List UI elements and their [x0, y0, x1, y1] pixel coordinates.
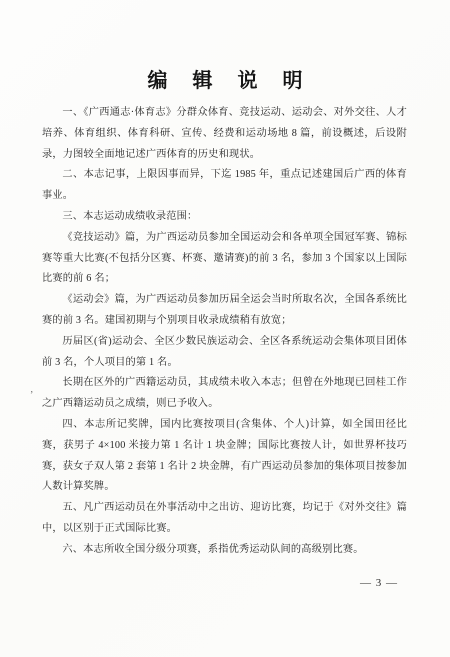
scan-artifact-mark: ’	[30, 390, 33, 401]
scanned-document-page: 编 辑 说 明 一、《广西通志·体育志》分群众体育、竞技运动、运动会、对外交往、…	[0, 0, 450, 657]
paragraph-6: 历届区(省)运动会、全区少数民族运动会、全区各系统运动会集体项目团体前 3 名，…	[42, 332, 407, 374]
paragraph-7: 长期在区外的广西籍运动员，其成绩未收入本志；但曾在外地现已回桂工作之广西籍运动员…	[42, 373, 407, 415]
paragraph-10: 六、本志所收全国分级分项赛，系指优秀运动队间的高级别比赛。	[42, 540, 407, 561]
paragraph-1: 一、《广西通志·体育志》分群众体育、竞技运动、运动会、对外交往、人才培养、体育组…	[42, 103, 407, 165]
document-body: 一、《广西通志·体育志》分群众体育、竞技运动、运动会、对外交往、人才培养、体育组…	[42, 103, 407, 561]
page-title: 编 辑 说 明	[0, 64, 450, 93]
paragraph-8: 四、本志所记奖牌，国内比赛按项目(含集体、个人)计算，如全国田径比赛，获男子 4…	[42, 415, 407, 498]
page-number: — 3 —	[360, 577, 398, 589]
paragraph-3: 三、本志运动成绩收录范围：	[42, 207, 407, 228]
paragraph-2: 二、本志记事，上限因事而异，下迄 1985 年，重点记述建国后广西的体育事业。	[42, 165, 407, 207]
paragraph-4: 《竞技运动》篇，为广西运动员参加全国运动会和各单项全国冠军赛、锦标赛等重大比赛(…	[42, 228, 407, 290]
paragraph-5: 《运动会》篇，为广西运动员参加历届全运会当时所取名次，全国各系统比赛的前 3 名…	[42, 290, 407, 332]
paragraph-9: 五、凡广西运动员在外事活动中之出访、迎访比赛，均记于《对外交往》篇中，以区别于正…	[42, 498, 407, 540]
